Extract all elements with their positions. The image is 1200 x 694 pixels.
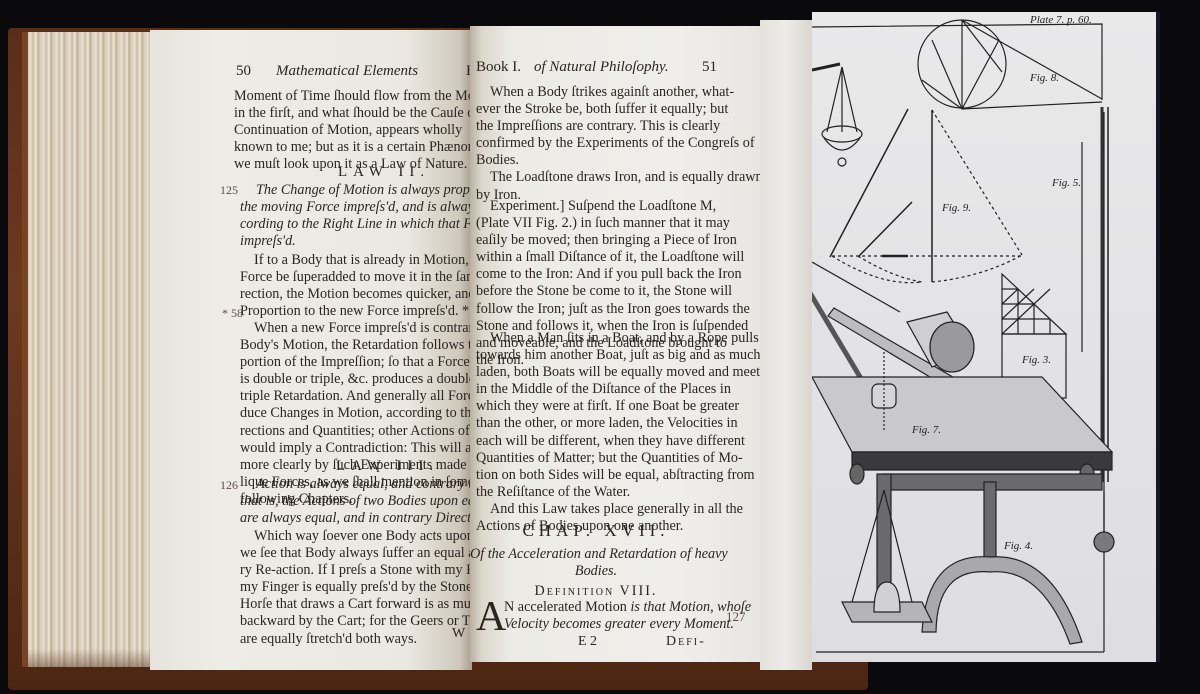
plate-header: Plate 7. p. 60. (1030, 14, 1092, 26)
law-2-heading: LAW II. (338, 164, 430, 181)
text-line: known to me; but as it is a certain Phæn… (234, 139, 472, 156)
text-line: The Loadſtone draws Iron, and is equally… (490, 169, 763, 186)
fig-7-label: Fig. 7. (912, 424, 941, 436)
fig-4-label: Fig. 4. (1004, 540, 1033, 552)
text-line: each will be different, when they have d… (476, 433, 760, 450)
text-line: Bodies. (470, 563, 722, 580)
left-page: 50 Mathematical Elements Book Moment of … (150, 30, 472, 670)
text-line: Of the Acceleration and Retardation of h… (470, 546, 722, 563)
law-2-statement: The Change of Motion is always proportio… (256, 182, 472, 250)
catchword: Defi- (666, 634, 706, 650)
text-line: triple Retardation. And generally all Fo… (240, 388, 472, 405)
text-line: confirmed by the Experiments of the Cong… (476, 135, 763, 152)
text-line: And this Law takes place generally in al… (490, 501, 760, 518)
chapter-subtitle: Of the Acceleration and Retardation of h… (470, 546, 722, 580)
text-line: When a Man ſits in a Boat, and by a Rope… (490, 330, 760, 347)
text-line: rection, the Motion becomes quicker, and… (240, 286, 472, 303)
text-line: before the Stone be come to it, the Ston… (476, 283, 750, 300)
text-line: duce Changes in Motion, according to the… (240, 405, 472, 422)
text-line: Experiment.] Suſpend the Loadſtone M, (490, 198, 750, 215)
text-line: Horſe that draws a Cart forward is as mu… (240, 596, 472, 613)
opening-paragraph: Moment of Time ſhould flow from the Mo i… (234, 88, 472, 173)
text-line: Velocity becomes greater every Moment. (504, 616, 751, 633)
margin-number: 127 (726, 609, 746, 625)
text-line: within a ſmall Diſtance of it, the Loadſ… (476, 249, 750, 266)
fig-9-label: Fig. 9. (942, 202, 971, 214)
text-run: N accelerated Motion (504, 599, 630, 615)
law-3-heading: LAW III. (336, 458, 439, 475)
signature-mark: E 2 (578, 634, 597, 650)
running-title: of Natural Philoſophy. (534, 59, 669, 76)
text-line: we ſee that Body always ſuffer an equal … (240, 545, 472, 562)
text-line: Which way ſoever one Body acts upon anot… (254, 528, 472, 545)
catchword: W (452, 626, 465, 642)
text-line: the moving Force impreſs'd, and is alway… (240, 199, 472, 216)
law-2-paragraph-1: If to a Body that is already in Motion, … (240, 252, 472, 320)
text-line: ry Re-action. If I preſs a Stone with my… (240, 562, 472, 579)
text-line: If to a Body that is already in Motion, … (254, 252, 472, 269)
text-line: backward by the Cart; for the Geers or T… (240, 613, 472, 630)
text-line: When a Body ſtrikes againſt another, wha… (490, 84, 763, 101)
text-line: (Plate VII Fig. 2.) in ſuch manner that … (476, 215, 750, 232)
text-line: ever the Stroke be, both ſuffer it equal… (476, 101, 763, 118)
text-line: The Change of Motion is always proportio… (256, 182, 472, 199)
margin-number: 126 (220, 478, 238, 493)
text-line: eaſily be moved; then bringing a Piece o… (476, 232, 750, 249)
paragraph-boat: When a Man ſits in a Boat, and by a Rope… (476, 330, 760, 535)
text-line: than the other, or more laden, the Veloc… (476, 415, 760, 432)
text-line: the Impreſſions are contrary. This is cl… (476, 118, 763, 135)
text-line: are always equal, and in contrary Direct… (240, 510, 472, 527)
text-line: rections and Quantities; other Actions o… (240, 423, 472, 440)
text-line: follow the Iron; juſt as the Iron goes t… (476, 301, 750, 318)
text-line: Action is always equal, and contrary to … (256, 476, 472, 493)
margin-number: 125 (220, 183, 238, 198)
text-line: in the firſt, and what ſhould be the Cau… (234, 105, 472, 122)
text-line: portion of the Impreſſion; ſo that a For… (240, 354, 472, 371)
text-line: is double or triple, &c. produces a doub… (240, 371, 472, 388)
right-page: Book I. of Natural Philoſophy. 51 When a… (470, 26, 770, 662)
fig-8-label: Fig. 8. (1030, 72, 1059, 84)
text-line: Force be ſuperadded to move it in the ſa… (240, 269, 472, 286)
plate-fold-strip (760, 20, 812, 670)
text-line: which they were at firſt. If one Boat be… (476, 398, 760, 415)
chapter-heading: CHAP. XVII. (470, 522, 722, 539)
running-title: Mathematical Elements (276, 63, 418, 80)
text-line: Quantities of Matter; but the Quantities… (476, 450, 760, 467)
text-line: laden, both Boats will be equally moved … (476, 364, 760, 381)
text-line: my Finger is equally preſs'd by the Ston… (240, 579, 472, 596)
definition-heading: Definition VIII. (470, 583, 722, 600)
plate-engravings (812, 12, 1160, 662)
footnote-marker: * 58 (222, 306, 243, 321)
text-line: Proportion to the new Force impreſs'd. * (240, 303, 472, 320)
open-book-photo: 50 Mathematical Elements Book Moment of … (0, 0, 1200, 694)
page-number: 50 (236, 63, 251, 80)
text-line: Bodies. (476, 152, 763, 169)
fig-5-label: Fig. 5. (1052, 177, 1081, 189)
text-line: Continuation of Motion, appears wholly (234, 122, 472, 139)
engraved-plate: Plate 7. p. 60. Fig. 8. Fig. 9. Fig. 5. … (812, 12, 1160, 662)
running-book: Book I. (476, 59, 521, 76)
text-line: Moment of Time ſhould flow from the Mo (234, 88, 472, 105)
text-line: the Reſiſtance of the Water. (476, 484, 760, 501)
text-line: that is, the Actions of two Bodies upon … (240, 493, 472, 510)
text-line: impreſs'd. (240, 233, 472, 250)
law-3-statement: Action is always equal, and contrary to … (256, 476, 472, 527)
page-number: 51 (702, 59, 717, 76)
text-line: towards him another Boat, juſt as big an… (476, 347, 760, 364)
text-line: When a new Force impreſs'd is contrary t… (254, 320, 472, 337)
text-line: cording to the Right Line in which that … (240, 216, 472, 233)
text-line: tion on both Sides will be equal, abſtra… (476, 467, 760, 484)
text-line: come to the Iron: And if you pull back t… (476, 266, 750, 283)
drop-cap: A (476, 596, 506, 638)
fig-3-label: Fig. 3. (1022, 354, 1051, 366)
definition-text: N accelerated Motion is that Motion, who… (504, 599, 751, 633)
text-line: in the Middle of the Diſtance of the Pla… (476, 381, 760, 398)
text-line: are equally ſtretch'd both ways. (240, 631, 472, 648)
paragraph-body-strikes: When a Body ſtrikes againſt another, wha… (476, 84, 763, 204)
text-line: Body's Motion, the Retardation follows t… (240, 337, 472, 354)
law-3-paragraph: Which way ſoever one Body acts upon anot… (240, 528, 472, 648)
text-line: would imply a Contradiction: This will a… (240, 440, 472, 457)
